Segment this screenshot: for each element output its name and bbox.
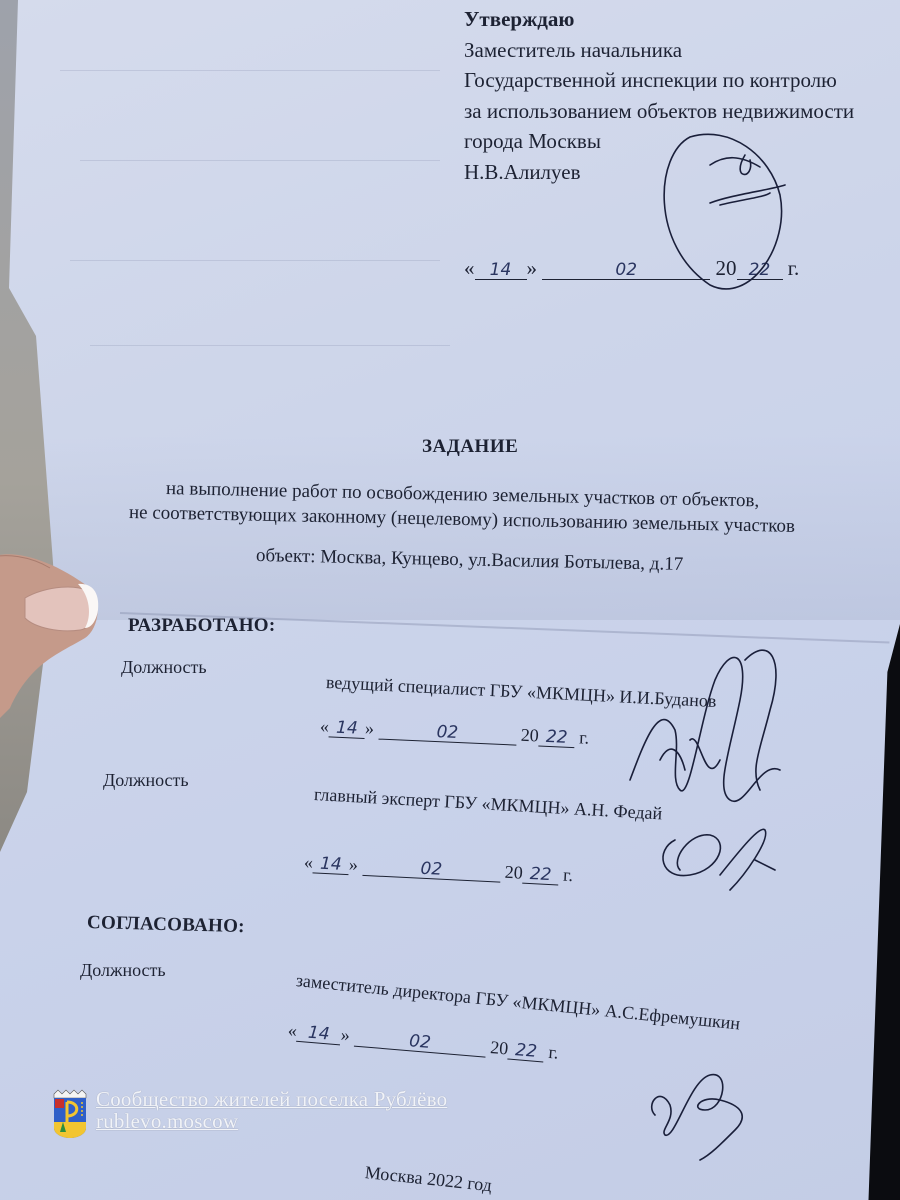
approver-signature (650, 125, 800, 305)
date-year-prefix: 20 (504, 862, 523, 883)
community-watermark: Сообщество жителей поселка Рублёво ruble… (52, 1088, 447, 1140)
position-label: Должность (121, 657, 207, 678)
approval-line: за использованием объектов недвижимости (464, 96, 854, 127)
approval-heading: Утверждаю (464, 4, 854, 35)
date-suffix: г. (548, 1042, 559, 1063)
bleed-through-line (80, 160, 440, 161)
date-day: 14 (296, 1023, 341, 1046)
quote-close: » (527, 256, 538, 280)
bleed-through-line (60, 70, 440, 71)
date-year-suffix: 22 (522, 865, 559, 886)
rublevo-coat-of-arms-icon (52, 1088, 88, 1140)
quote-close: » (365, 718, 375, 738)
date-day: 14 (312, 854, 349, 875)
hand-thumb (0, 528, 108, 728)
approval-line: Государственной инспекции по контролю (464, 65, 854, 96)
position-label: Должность (103, 770, 189, 791)
bleed-through-line (90, 345, 450, 346)
date-year-prefix: 20 (489, 1037, 509, 1058)
date-suffix: г. (579, 727, 590, 747)
bleed-through-line (70, 260, 440, 261)
date-day: 14 (475, 261, 527, 280)
feday-signature (650, 820, 790, 900)
approval-line: Заместитель начальника (464, 35, 854, 66)
budanov-signature (620, 640, 800, 820)
developed-heading: РАЗРАБОТАНО: (128, 615, 276, 637)
date-year-suffix: 22 (538, 728, 575, 749)
position-label: Должность (80, 960, 166, 981)
quote-open: « (464, 256, 475, 280)
watermark-website[interactable]: rublevo.moscow (96, 1110, 447, 1132)
quote-close: » (348, 854, 358, 874)
date-day: 14 (329, 718, 366, 739)
date-year-suffix: 22 (507, 1041, 544, 1063)
date-suffix: г. (563, 865, 574, 885)
quote-close: » (340, 1024, 351, 1045)
watermark-community-name: Сообщество жителей поселка Рублёво (96, 1088, 447, 1110)
date-year-prefix: 20 (520, 725, 539, 746)
document-title: ЗАДАНИЕ (422, 436, 518, 458)
efremushkin-signature (640, 1060, 770, 1170)
agreed-heading: СОГЛАСОВАНО: (87, 912, 245, 938)
